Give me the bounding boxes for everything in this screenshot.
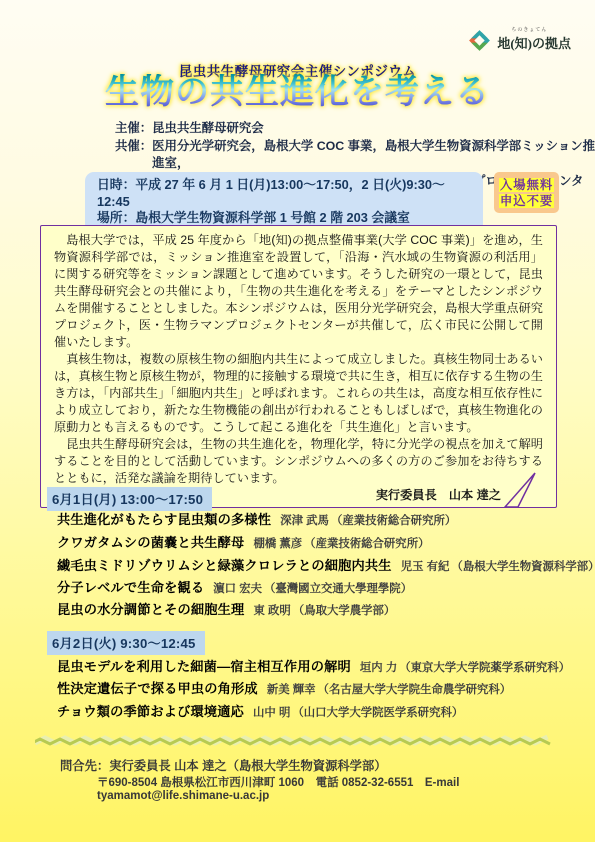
no-registration-text: 申込不要 [499,194,554,208]
datetime-value: 平成 27 年 6 月 1 日(月)13:00～17:50，2 日(火)9:30… [97,177,445,209]
talk-row: 昆虫の水分調節とその細胞生理東 政明（鳥取大学農学部） [57,599,395,619]
talk-speaker: 垣内 力 [360,662,397,674]
contact-person: 実行委員長 山本 達之（島根大学生物資源科学部） [109,759,386,773]
contact-line1: 問合先：実行委員長 山本 達之（島根大学生物資源科学部） [60,756,387,774]
datetime-label: 日時： [97,177,135,192]
talk-title: 分子レベルで生命を観る [57,580,204,595]
talk-affiliation: （鳥取大学農学部） [293,605,396,617]
admission-badge: 入場無料 申込不要 [494,172,559,213]
talk-row: 分子レベルで生命を観る濵口 宏夫（臺灣國立交通大學理學院） [57,577,412,597]
talk-title: クワガタムシの菌嚢と共生酵母 [57,535,244,550]
event-datetime-line: 日時：平成 27 年 6 月 1 日(月)13:00～17:50，2 日(火)9… [97,177,471,210]
talk-affiliation: （山口大学大学院医学系研究科） [292,707,463,719]
talk-title: 昆虫モデルを利用した細菌―宿主相互作用の解明 [57,659,351,674]
talk-title: チョウ類の季節および環境適応 [57,704,244,719]
talk-speaker: 児玉 有紀 [401,561,450,573]
talk-speaker: 棚橋 薫彦 [253,538,302,550]
talk-row: 共生進化がもたらす昆虫類の多様性深津 武馬（産業技術総合研究所） [57,509,456,529]
venue-label: 場所： [97,210,135,225]
session1-heading: 6月1日(月) 13:00～17:50 [47,487,212,511]
session2-heading: 6月2日(火) 9:30～12:45 [47,631,205,655]
talk-speaker: 東 政明 [253,605,290,617]
coc-logo-furigana: ちのきょてん [511,26,547,33]
talk-speaker: 新美 輝幸 [267,684,316,696]
talk-affiliation: （島根大学生物資源科学部） [451,561,595,573]
host-value: 昆虫共生酵母研究会 [152,120,264,138]
talk-row: チョウ類の季節および環境適応山中 明（山口大学大学院医学系研究科） [57,701,463,721]
talk-title: 共生進化がもたらす昆虫類の多様性 [57,512,271,527]
talk-row: クワガタムシの菌嚢と共生酵母棚橋 薫彦（産業技術総合研究所） [57,532,429,552]
host-row: 主催： 昆虫共生酵母研究会 [115,120,595,138]
coc-diamond-icon [467,28,492,53]
event-info-box: 日時：平成 27 年 6 月 1 日(月)13:00～17:50，2 日(火)9… [85,172,483,233]
talk-title: 性決定遺伝子で探る甲虫の角形成 [57,681,258,696]
talk-speaker: 山中 明 [253,707,290,719]
talk-row: 繊毛虫ミドリゾウリムシと緑藻クロレラとの細胞内共生児玉 有紀（島根大学生物資源科… [57,555,595,575]
coc-logo: ちのきょてん 地(知)の拠点 [467,27,571,53]
coc-logo-text: 地(知)の拠点 [497,36,571,51]
intro-paragraph-1: 島根大学では，平成 25 年度から「地(知)の拠点整備事業(大学 COC 事業)… [54,232,543,351]
contact-label: 問合先： [60,759,109,773]
talk-row: 昆虫モデルを利用した細菌―宿主相互作用の解明垣内 力（東京大学大学院薬学系研究科… [57,656,570,676]
contact-line2: 〒690-8504 島根県松江市西川津町 1060 電話 0852-32-655… [97,774,595,802]
talk-affiliation: （産業技術総合研究所） [331,515,456,527]
event-info-row: 日時：平成 27 年 6 月 1 日(月)13:00～17:50，2 日(火)9… [85,172,559,233]
talk-speaker: 深津 武馬 [280,515,329,527]
venue-value: 島根大学生物資源科学部 1 号館 2 階 203 会議室 [135,210,409,225]
talk-row: 性決定遺伝子で探る甲虫の角形成新美 輝幸（名古屋大学大学院生命農学研究科） [57,678,511,698]
intro-paragraph-3: 昆虫共生酵母研究会は，生物の共生進化を，物理化学，特に分光学の視点を加えて解明す… [54,436,543,487]
talk-title: 昆虫の水分調節とその細胞生理 [57,602,244,617]
callout-tail [504,471,538,509]
poster-page: ちのきょてん 地(知)の拠点 昆虫共生酵母研究会主催シンポジウム 生物の共生進化… [0,0,595,842]
intro-paragraph-2: 真核生物は，複数の原核生物の細胞内共生によって成立しました。真核生物同士あるいは… [54,351,543,436]
talk-title: 繊毛虫ミドリゾウリムシと緑藻クロレラとの細胞内共生 [57,558,392,573]
host-label: 主催： [115,120,152,138]
talk-affiliation: （東京大学大学院薬学系研究科） [399,662,570,674]
wave-divider [35,734,560,747]
talk-affiliation: （産業技術総合研究所） [304,538,429,550]
talk-speaker: 濵口 宏夫 [213,583,262,595]
talk-affiliation: （臺灣國立交通大學理學院） [264,583,412,595]
talk-affiliation: （名古屋大学大学院生命農学研究科） [318,684,512,696]
admission-free-text: 入場無料 [499,178,554,192]
cohost-line1: 医用分光学研究会，島根大学 COC 事業，島根大学生物資源科学部ミッション推進室… [152,139,595,171]
intro-panel: 島根大学では，平成 25 年度から「地(知)の拠点整備事業(大学 COC 事業)… [40,225,557,508]
symposium-title: 生物の共生進化を考える [0,74,595,111]
